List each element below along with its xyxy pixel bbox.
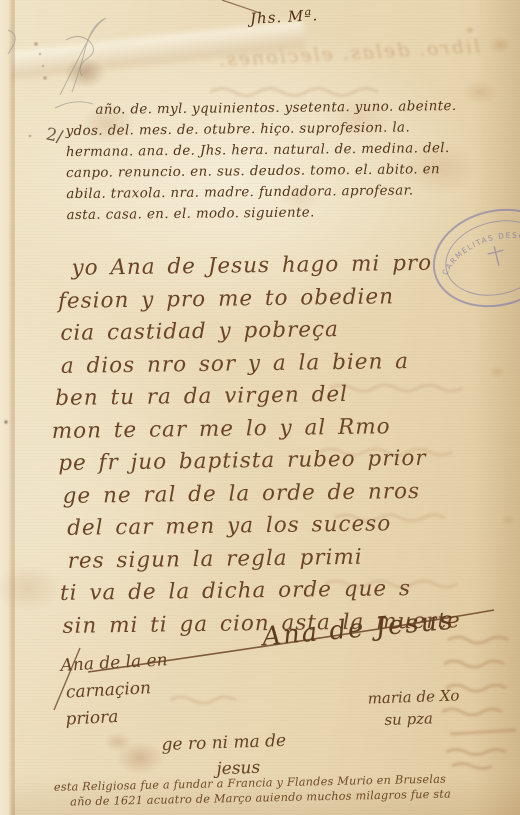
record-note-paragraph: año. de. myl. yquinientos. ysetenta. yun… — [65, 96, 468, 226]
profession-line: pe fr juo baptista rubeo prior — [52, 442, 488, 481]
signature-priora-line: priora — [63, 701, 171, 734]
signature-supriora: maria de Xo su pza — [367, 684, 460, 731]
record-note-line: abila. traxola. nra. madre. fundadora. a… — [66, 180, 468, 205]
record-note-line: asta. casa. en. el. modo. siguiente. — [66, 201, 468, 226]
stamp-cross-icon — [486, 244, 506, 267]
signature-geronima-line: ge ro ni ma de — [161, 728, 286, 758]
later-annotation: esta Religiosa fue a fundar a Francia y … — [54, 771, 515, 810]
profession-line: yo Ana de Jesus hago mi pro — [49, 247, 485, 286]
signature-supriora-line: maria de Xo — [367, 684, 460, 709]
signature-supriora-line: su pza — [368, 706, 461, 731]
folio-mark: 2/ — [44, 124, 64, 147]
signature-priora-line: Ana de la en — [60, 647, 168, 680]
signature-priora: Ana de la en carnaçion priora — [60, 647, 171, 733]
profession-text: yo Ana de Jesus hago mi pro fesion y pro… — [49, 247, 490, 643]
page-left-edge — [0, 0, 15, 815]
manuscript-page: libro. delas. eleciones. — [0, 0, 520, 815]
invocation-jhs-maria: Jhs. Mª. — [250, 6, 319, 28]
